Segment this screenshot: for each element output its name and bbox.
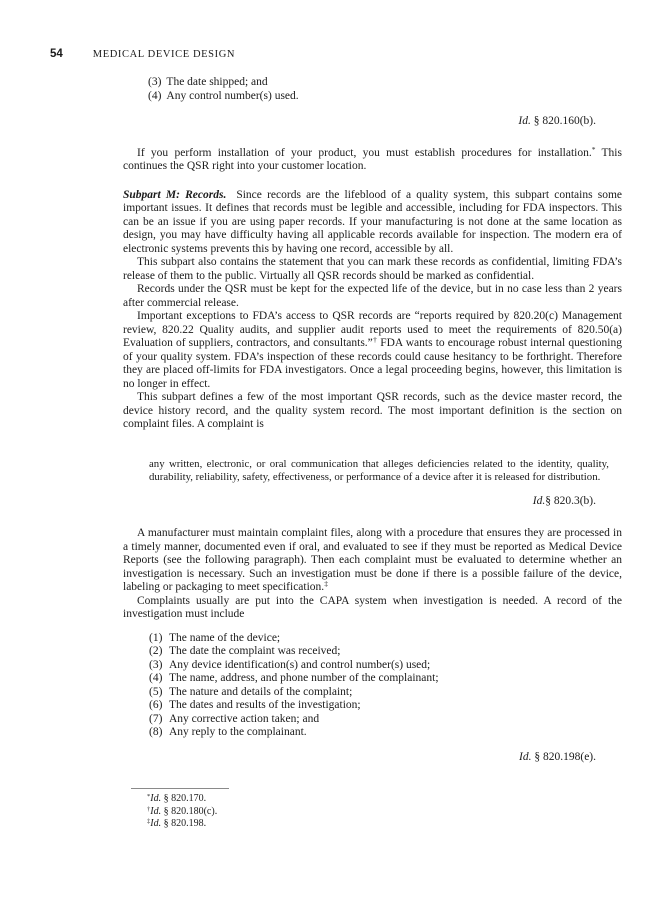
list-item-text: Any reply to the complainant. — [169, 726, 307, 740]
list-item-text: Any device identification(s) and control… — [169, 659, 430, 673]
list-item-number: (5) — [149, 686, 169, 700]
list-item: (2) The date the complaint was received; — [149, 645, 622, 659]
list-item-text: Any corrective action taken; and — [169, 713, 319, 727]
footnote: †Id. § 820.180(c). — [123, 806, 622, 819]
running-head: 54 MEDICAL DEVICE DESIGN — [50, 48, 622, 60]
list-item: (6) The dates and results of the investi… — [149, 699, 622, 713]
id-abbreviation: Id. — [150, 818, 161, 829]
citation-section: § 820.3(b). — [545, 495, 596, 507]
paragraph-capa: Complaints usually are put into the CAPA… — [123, 595, 622, 622]
page-number: 54 — [50, 48, 63, 60]
list-item: (7) Any corrective action taken; and — [149, 713, 622, 727]
running-title: MEDICAL DEVICE DESIGN — [93, 49, 235, 60]
paragraph-important-records: This subpart defines a few of the most i… — [123, 391, 622, 432]
paragraph-exceptions: Important exceptions to FDA’s access to … — [123, 310, 622, 391]
footnote: *Id. § 820.170. — [123, 793, 622, 806]
list-item-text: The name of the device; — [169, 632, 280, 646]
citation-section: § 820.160(b). — [531, 115, 596, 127]
list-item: (5) The nature and details of the compla… — [149, 686, 622, 700]
statute-citation: Id. § 820.198(e). — [123, 751, 622, 765]
list-item-text: The nature and details of the complaint; — [169, 686, 352, 700]
list-item-number: (3) — [148, 76, 161, 90]
id-abbreviation: Id. — [533, 495, 545, 507]
footnote-separator-rule — [131, 788, 229, 789]
list-item: (8) Any reply to the complainant. — [149, 726, 622, 740]
list-item: (1) The name of the device; — [149, 632, 622, 646]
footnote-text: § 820.180(c). — [161, 806, 217, 817]
id-abbreviation: Id. — [519, 751, 531, 763]
list-item-number: (3) — [149, 659, 169, 673]
list-item-number: (1) — [149, 632, 169, 646]
list-item-number: (4) — [149, 672, 169, 686]
list-item-number: (8) — [149, 726, 169, 740]
paragraph-installation: If you perform installation of your prod… — [123, 147, 622, 174]
paragraph-retention: Records under the QSR must be kept for t… — [123, 283, 622, 310]
text-column: (3) The date shipped; and (4) Any contro… — [123, 76, 622, 831]
list-item-number: (4) — [148, 90, 161, 104]
footnotes-block: *Id. § 820.170. †Id. § 820.180(c). ‡Id. … — [123, 788, 622, 831]
list-item-text: Any control number(s) used. — [166, 90, 298, 104]
book-page: 54 MEDICAL DEVICE DESIGN (3) The date sh… — [0, 0, 670, 900]
statute-citation: Id. § 820.160(b). — [123, 115, 622, 129]
list-item-text: The name, address, and phone number of t… — [169, 672, 439, 686]
list-item-number: (6) — [149, 699, 169, 713]
list-item-text: The date the complaint was received; — [169, 645, 340, 659]
subpart-m-section: Subpart M: Records.Since records are the… — [123, 189, 622, 432]
paragraph-complaint-files: A manufacturer must maintain complaint f… — [123, 527, 622, 595]
paragraph-subpart-intro: Subpart M: Records.Since records are the… — [123, 189, 622, 257]
paragraph-confidential: This subpart also contains the statement… — [123, 256, 622, 283]
list-item: (4) The name, address, and phone number … — [149, 672, 622, 686]
statute-citation: Id.§ 820.3(b). — [123, 495, 622, 509]
list-item-text: The date shipped; and — [166, 76, 267, 90]
list-item-text: The dates and results of the investigati… — [169, 699, 361, 713]
id-abbreviation: Id. — [150, 793, 161, 804]
subpart-heading: Subpart M: Records. — [123, 189, 226, 201]
footnote-text: § 820.198. — [161, 818, 206, 829]
list-item: (3) Any device identification(s) and con… — [149, 659, 622, 673]
list-item-number: (7) — [149, 713, 169, 727]
shipping-record-list: (3) The date shipped; and (4) Any contro… — [123, 76, 622, 103]
list-item-number: (2) — [149, 645, 169, 659]
citation-section: § 820.198(e). — [531, 751, 596, 763]
id-abbreviation: Id. — [150, 806, 161, 817]
id-abbreviation: Id. — [518, 115, 530, 127]
investigation-record-list: (1) The name of the device; (2) The date… — [123, 632, 622, 740]
list-item: (3) The date shipped; and — [148, 76, 622, 90]
complaint-definition-quote: any written, electronic, or oral communi… — [149, 458, 609, 484]
footnote-marker-double-dagger: ‡ — [324, 579, 328, 588]
list-item: (4) Any control number(s) used. — [148, 90, 622, 104]
footnote-text: § 820.170. — [161, 793, 206, 804]
footnote: ‡Id. § 820.198. — [123, 818, 622, 831]
